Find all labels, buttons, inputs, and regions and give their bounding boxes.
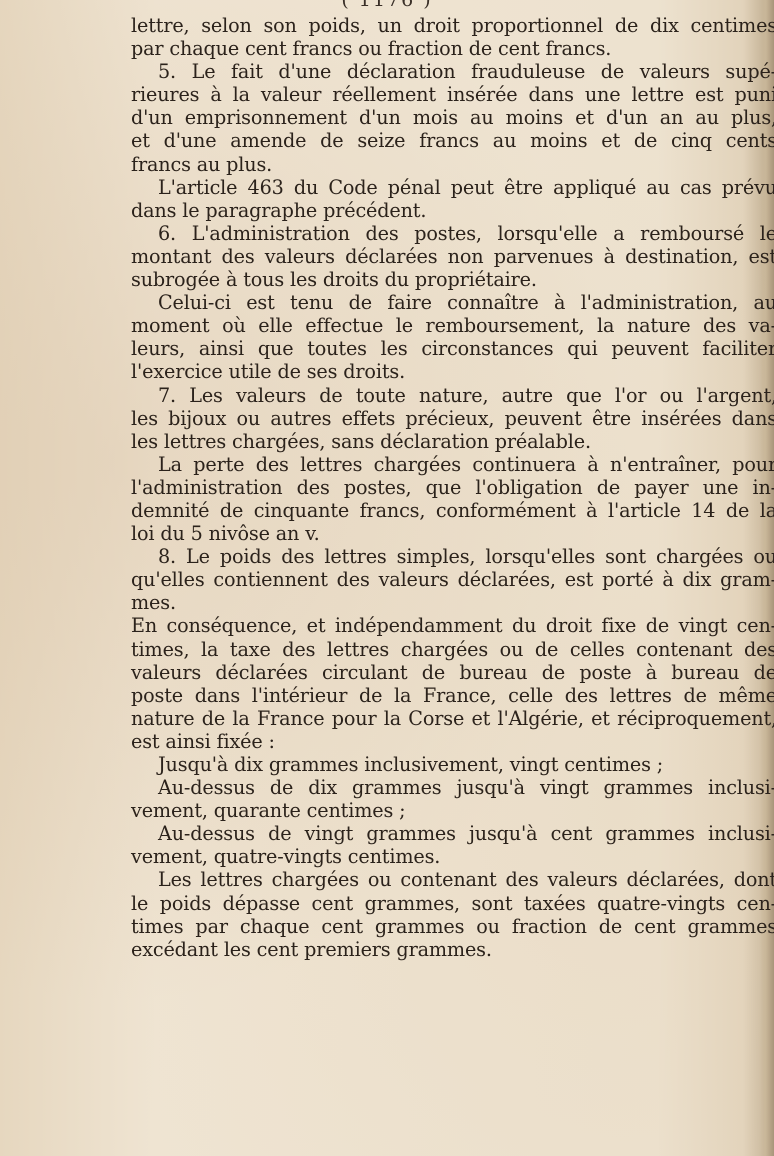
text-line: d'un emprisonnement d'un mois au moins e… bbox=[131, 106, 774, 129]
text-line: l'exercice utile de ses droits. bbox=[131, 360, 774, 383]
text-line: rieures à la valeur réellement insérée d… bbox=[131, 83, 774, 106]
text-line: moment où elle effectue le remboursement… bbox=[131, 314, 774, 337]
text-line: dans le paragraphe précédent. bbox=[131, 199, 774, 222]
text-line: vement, quarante centimes ; bbox=[131, 799, 774, 822]
text-line: 8. Le poids des lettres simples, lorsqu'… bbox=[131, 545, 774, 568]
text-line: les bijoux ou autres effets précieux, pe… bbox=[131, 407, 774, 430]
text-line: nature de la France pour la Corse et l'A… bbox=[131, 707, 774, 730]
text-line: leurs, ainsi que toutes les circonstance… bbox=[131, 337, 774, 360]
text-line: 7. Les valeurs de toute nature, autre qu… bbox=[131, 384, 774, 407]
text-line: est ainsi fixée : bbox=[131, 730, 774, 753]
text-line: Au-dessus de dix grammes jusqu'à vingt g… bbox=[131, 776, 774, 799]
text-line: loi du 5 nivôse an v. bbox=[131, 522, 774, 545]
page-number-runner: ( 1176 ) bbox=[0, 0, 774, 11]
text-line: francs au plus. bbox=[131, 153, 774, 176]
text-line: valeurs déclarées circulant de bureau de… bbox=[131, 661, 774, 684]
text-line: le poids dépasse cent grammes, sont taxé… bbox=[131, 892, 774, 915]
text-line: excédant les cent premiers grammes. bbox=[131, 938, 774, 961]
text-line: times, la taxe des lettres chargées ou d… bbox=[131, 638, 774, 661]
text-line: poste dans l'intérieur de la France, cel… bbox=[131, 684, 774, 707]
text-line: les lettres chargées, sans déclaration p… bbox=[131, 430, 774, 453]
text-line: La perte des lettres chargées continuera… bbox=[131, 453, 774, 476]
text-line: mes. bbox=[131, 591, 774, 614]
text-line: et d'une amende de seize francs au moins… bbox=[131, 129, 774, 152]
text-line: En conséquence, et indépendamment du dro… bbox=[131, 614, 774, 637]
text-line: Les lettres chargées ou contenant des va… bbox=[131, 868, 774, 891]
text-line: par chaque cent francs ou fraction de ce… bbox=[131, 37, 774, 60]
text-line: demnité de cinquante francs, conformémen… bbox=[131, 499, 774, 522]
text-line: montant des valeurs déclarées non parven… bbox=[131, 245, 774, 268]
text-line: L'article 463 du Code pénal peut être ap… bbox=[131, 176, 774, 199]
text-line: Celui-ci est tenu de faire connaître à l… bbox=[131, 291, 774, 314]
text-line: subrogée à tous les droits du propriétai… bbox=[131, 268, 774, 291]
text-line: qu'elles contiennent des valeurs déclaré… bbox=[131, 568, 774, 591]
text-line: l'administration des postes, que l'oblig… bbox=[131, 476, 774, 499]
text-line: 5. Le fait d'une déclaration frauduleuse… bbox=[131, 60, 774, 83]
text-line: vement, quatre-vingts centimes. bbox=[131, 845, 774, 868]
text-line: lettre, selon son poids, un droit propor… bbox=[131, 14, 774, 37]
body-text: lettre, selon son poids, un droit propor… bbox=[131, 14, 774, 961]
text-line: times par chaque cent grammes ou fractio… bbox=[131, 915, 774, 938]
text-line: Au-dessus de vingt grammes jusqu'à cent … bbox=[131, 822, 774, 845]
text-line: Jusqu'à dix grammes inclusivement, vingt… bbox=[131, 753, 774, 776]
text-line: 6. L'administration des postes, lorsqu'e… bbox=[131, 222, 774, 245]
